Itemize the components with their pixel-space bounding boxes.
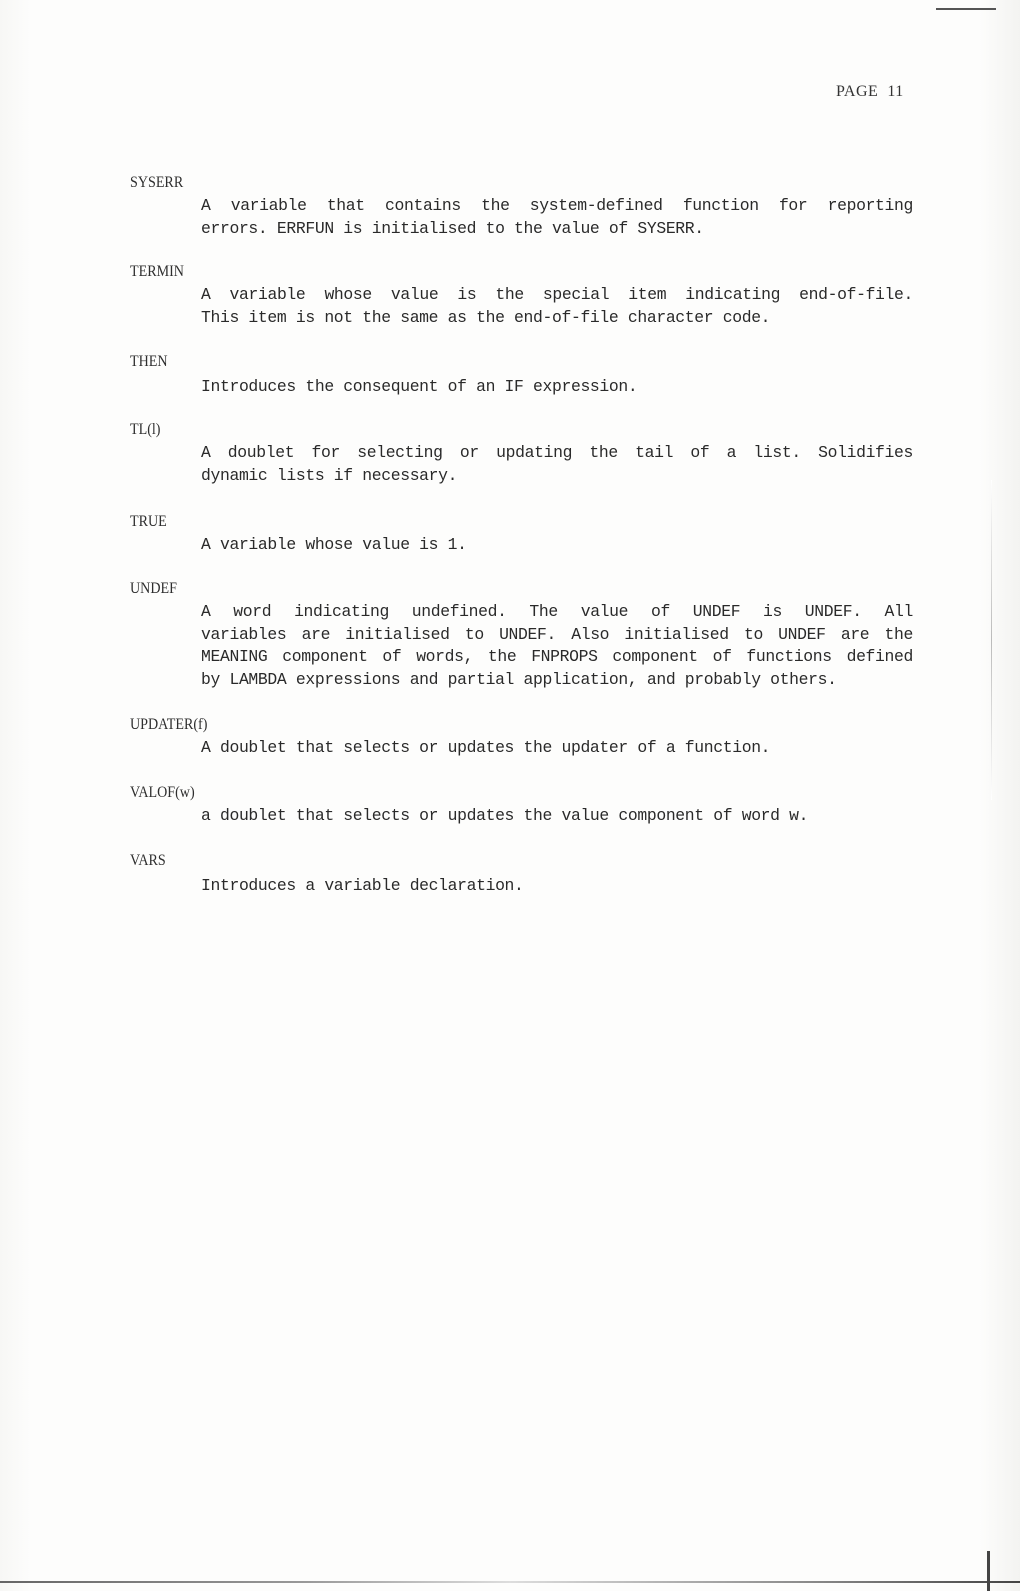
glossary-entry-valof: VALOF(w) a doublet that selects or updat… [130,782,920,828]
glossary-entry-termin: TERMIN A variable whose value is the spe… [130,261,920,329]
page-edge-top-right [936,0,996,10]
glossary-entry-then: THEN Introduces the consequent of an IF … [130,351,920,399]
definition-line: A variable that contains the system-defi… [201,195,913,218]
definition-line: A variable whose value is 1. [201,534,913,557]
glossary-entry-true: TRUE A variable whose value is 1. [130,511,920,557]
entry-term: TL(l) [130,419,825,441]
definition-line: errors. ERRFUN is initialised to the val… [201,218,913,241]
definition-line: A doublet that selects or updates the up… [201,737,913,760]
glossary-entry-tl: TL(l) A doublet for selecting or updatin… [130,419,920,487]
page-fold-shadow [991,480,992,800]
definition-line: dynamic lists if necessary. [201,465,913,488]
glossary-entry-vars: VARS Introduces a variable declaration. [130,850,920,898]
entry-definition: A variable whose value is the special it… [201,284,913,329]
definition-line: Introduces a variable declaration. [201,875,913,898]
entry-term: TRUE [130,511,825,533]
definition-line: variables are initialised to UNDEF. Also… [201,624,913,647]
definition-line: a doublet that selects or updates the va… [201,805,913,828]
definition-line: A doublet for selecting or updating the … [201,442,913,465]
entry-definition: Introduces a variable declaration. [201,875,913,898]
glossary-entry-updater: UPDATER(f) A doublet that selects or upd… [130,714,920,760]
definition-line: This item is not the same as the end-of-… [201,307,913,330]
definition-line: A word indicating undefined. The value o… [201,601,913,624]
entry-definition: A doublet that selects or updates the up… [201,737,913,760]
entry-term: TERMIN [130,261,825,283]
entry-definition: A variable that contains the system-defi… [201,195,913,240]
entry-term: THEN [130,351,825,373]
document-page: PAGE 11 SYSERR A variable that contains … [0,0,1020,1591]
entry-term: VARS [130,850,825,872]
page-edge-bottom-right [971,1551,990,1591]
entry-definition: a doublet that selects or updates the va… [201,805,913,828]
page-number: PAGE 11 [836,83,904,101]
definition-line: MEANING component of words, the FNPROPS … [201,646,913,669]
entry-definition: A doublet for selecting or updating the … [201,442,913,487]
glossary-entry-syserr: SYSERR A variable that contains the syst… [130,172,920,240]
definition-line: by LAMBDA expressions and partial applic… [201,669,913,692]
glossary-entry-undef: UNDEF A word indicating undefined. The v… [130,578,920,691]
entry-term: UPDATER(f) [130,714,825,736]
entry-definition: A word indicating undefined. The value o… [201,601,913,691]
page-edge-bottom [0,1581,1020,1583]
entry-term: UNDEF [130,578,825,600]
entry-definition: Introduces the consequent of an IF expre… [201,376,913,399]
definition-line: A variable whose value is the special it… [201,284,913,307]
entry-term: VALOF(w) [130,782,825,804]
entry-term: SYSERR [130,172,825,194]
entry-definition: A variable whose value is 1. [201,534,913,557]
definition-line: Introduces the consequent of an IF expre… [201,376,913,399]
